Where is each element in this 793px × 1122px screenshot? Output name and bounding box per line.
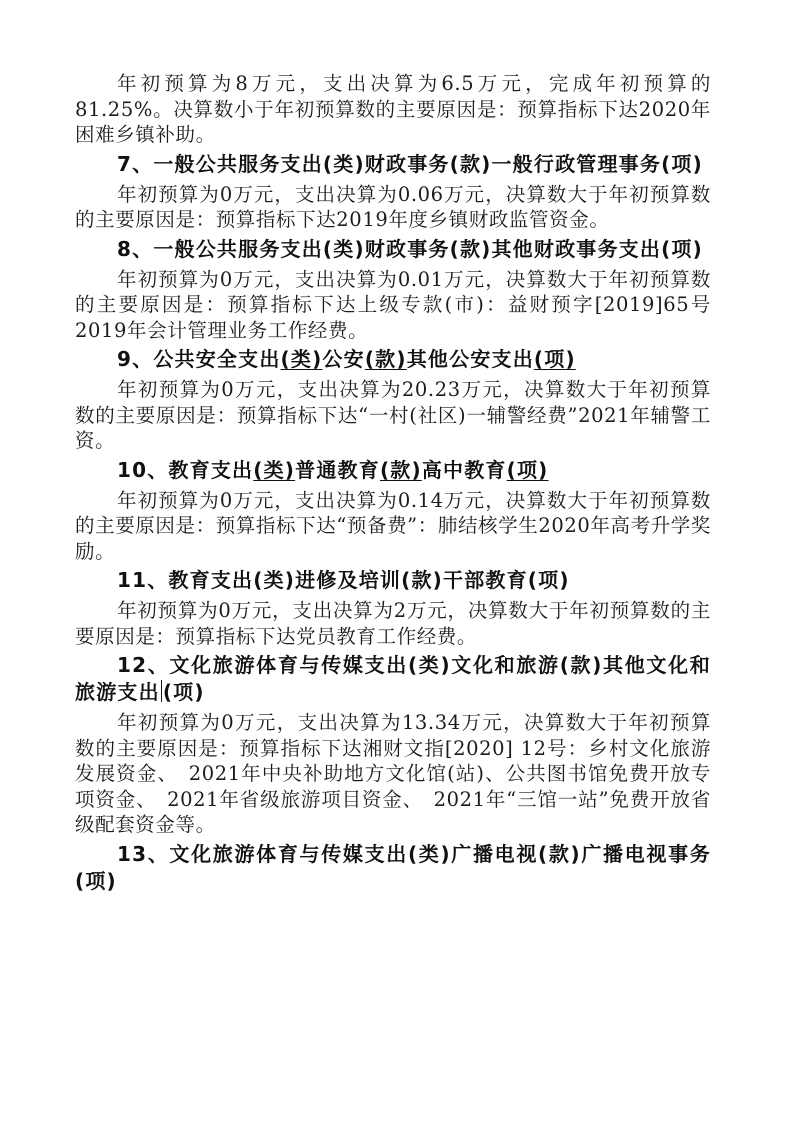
paragraph-section-10: 年初预算为0万元，支出决算为0.14万元，决算数大于年初预算数的主要原因是：预算…	[75, 488, 711, 565]
paragraph-intro: 年初预算为8万元，支出决算为6.5万元，完成年初预算的81.25%。决算数小于年…	[75, 71, 711, 148]
heading-part: 9、公共安全支出	[117, 347, 281, 371]
paragraph-section-7: 年初预算为0万元，支出决算为0.06万元，决算数大于年初预算数的主要原因是：预算…	[75, 182, 711, 233]
heading-part: 高中教育	[422, 458, 507, 482]
heading-part-underlined: (项)	[507, 458, 549, 482]
heading-part-underlined: (类)	[253, 458, 295, 482]
heading-part-underlined: (类)	[281, 347, 323, 371]
text-cursor	[161, 680, 162, 702]
heading-section-13: 13、文化旅游体育与传媒支出(类)广播电视(款)广播电视事务(项)	[75, 841, 711, 895]
paragraph-section-12: 年初预算为0万元，支出决算为13.34万元，决算数大于年初预算数的主要原因是：预…	[75, 710, 711, 838]
heading-part: 10、教育支出	[117, 458, 253, 482]
heading-part: 公安	[322, 347, 364, 371]
heading-section-7: 7、一般公共服务支出(类)财政事务(款)一般行政管理事务(项)	[75, 151, 711, 178]
heading-section-11: 11、教育支出(类)进修及培训(款)干部教育(项)	[75, 567, 711, 594]
heading-section-10: 10、教育支出(类)普通教育(款)高中教育(项)	[75, 457, 711, 484]
heading-section-8: 8、一般公共服务支出(类)财政事务(款)其他财政事务支出(项)	[75, 236, 711, 263]
heading-section-12: 12、文化旅游体育与传媒支出(类)文化和旅游(款)其他文化和旅游支出(项)	[75, 652, 711, 706]
heading-part: 其他公安支出	[407, 347, 534, 371]
document-page: 年初预算为8万元，支出决算为6.5万元，完成年初预算的81.25%。决算数小于年…	[75, 71, 711, 899]
heading-section-9: 9、公共安全支出(类)公安(款)其他公安支出(项)	[75, 346, 711, 373]
heading-part-underlined: (款)	[380, 458, 422, 482]
heading-text: (项)	[163, 680, 205, 704]
paragraph-section-11: 年初预算为0万元，支出决算为2万元，决算数大于年初预算数的主要原因是：预算指标下…	[75, 598, 711, 649]
heading-part-underlined: (款)	[365, 347, 407, 371]
paragraph-section-8: 年初预算为0万元，支出决算为0.01万元，决算数大于年初预算数的主要原因是：预算…	[75, 267, 711, 344]
paragraph-section-9: 年初预算为0万元，支出决算为20.23万元，决算数大于年初预算数的主要原因是：预…	[75, 377, 711, 454]
heading-part: 普通教育	[295, 458, 380, 482]
heading-part-underlined: (项)	[534, 347, 576, 371]
